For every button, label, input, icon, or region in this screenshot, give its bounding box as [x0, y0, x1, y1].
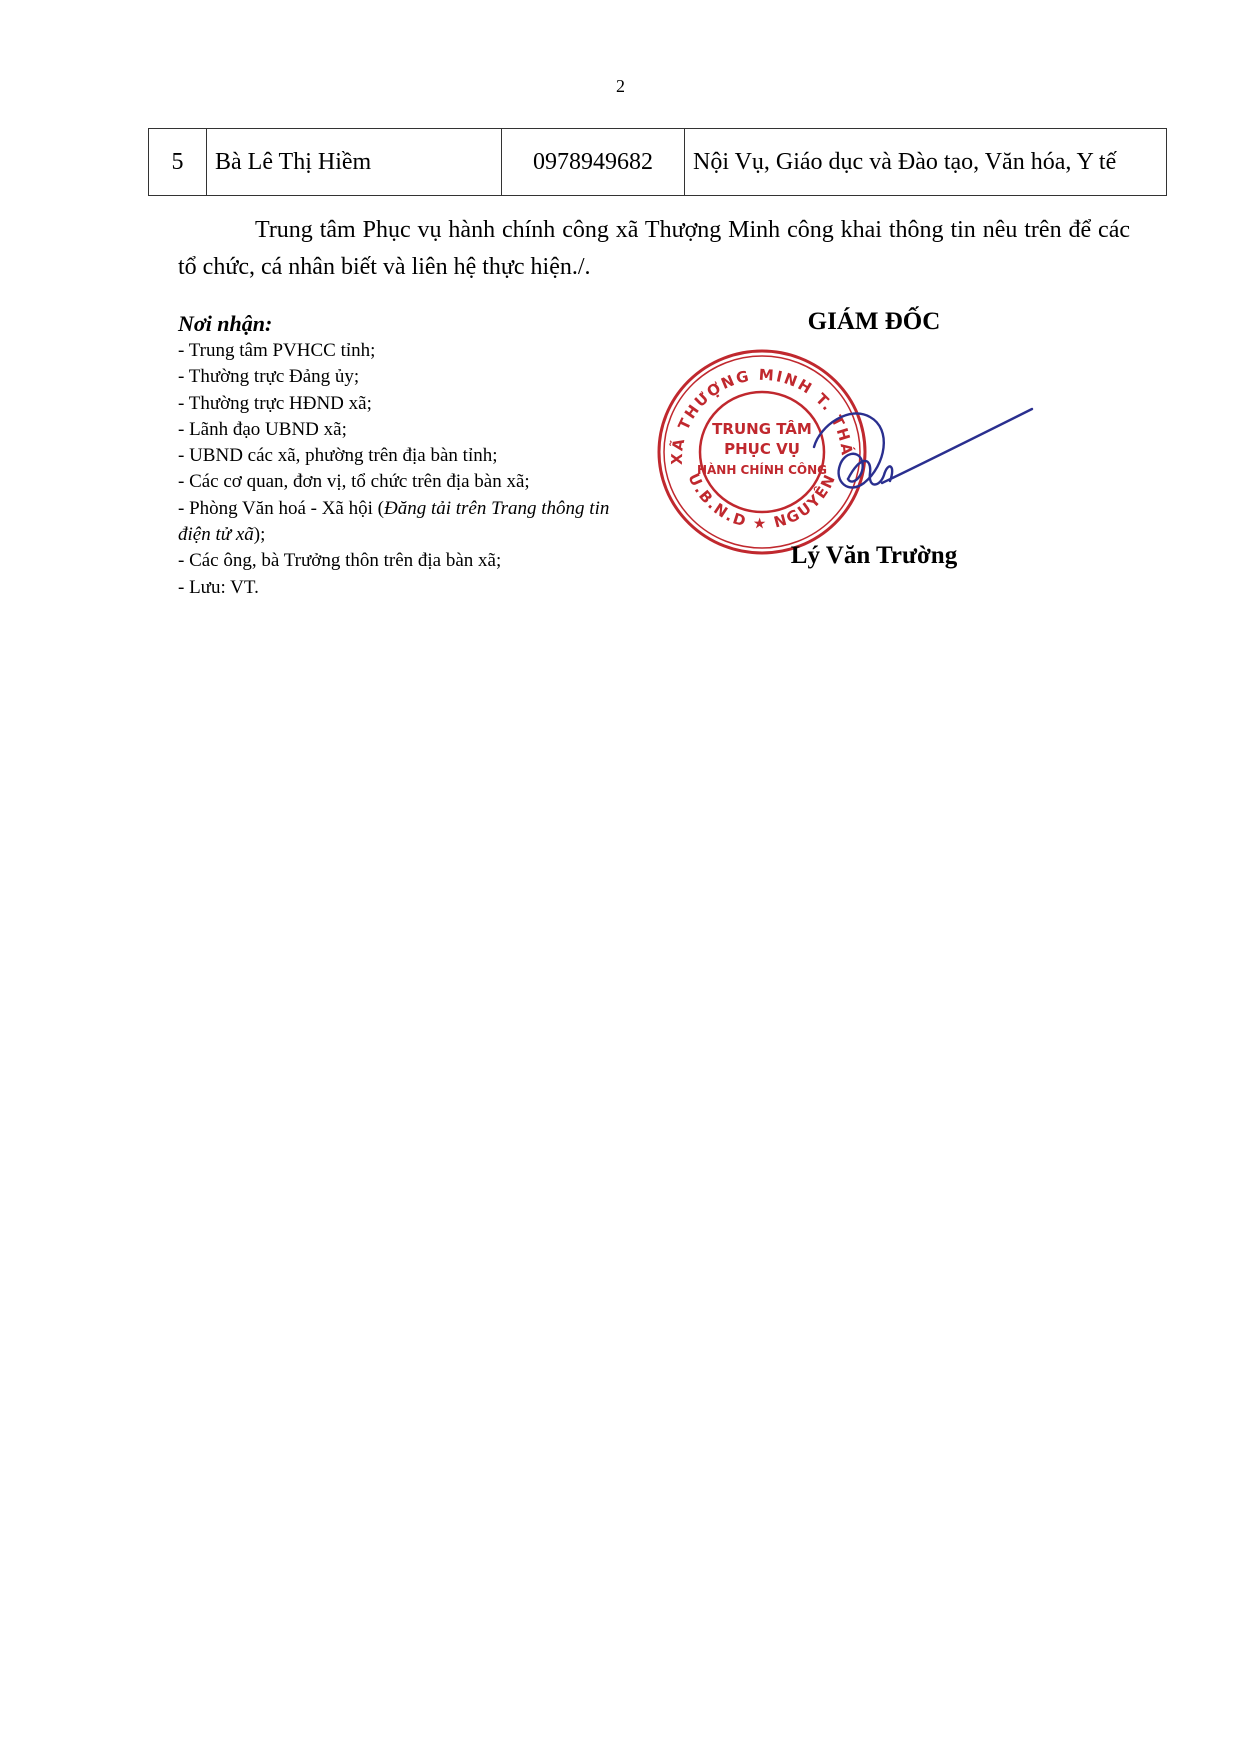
body-paragraph: Trung tâm Phục vụ hành chính công xã Thư…: [178, 212, 1130, 286]
recipient-item-culture: - Phòng Văn hoá - Xã hội (Đăng tải trên …: [178, 496, 638, 549]
recipient-item: - Lãnh đạo UBND xã;: [178, 417, 638, 443]
row-phone: 0978949682: [502, 129, 685, 196]
row-name: Bà Lê Thị Hiềm: [207, 129, 502, 196]
recipient-item: - Thường trực HĐND xã;: [178, 391, 638, 417]
contact-table: 5 Bà Lê Thị Hiềm 0978949682 Nội Vụ, Giáo…: [148, 128, 1167, 196]
body-paragraph-text: Trung tâm Phục vụ hành chính công xã Thư…: [178, 217, 1130, 280]
recipient-item: - Các ông, bà Trưởng thôn trên địa bàn x…: [178, 548, 638, 574]
signer-name: Lý Văn Trường: [754, 542, 994, 570]
svg-text:PHỤC VỤ: PHỤC VỤ: [724, 440, 800, 458]
recipient-item: - Lưu: VT.: [178, 575, 638, 601]
culture-prefix: - Phòng Văn hoá - Xã hội (: [178, 498, 384, 519]
recipients-title: Nơi nhận:: [178, 310, 638, 338]
handwritten-signature-icon: [800, 395, 1040, 505]
recipient-item: - UBND các xã, phường trên địa bàn tỉnh;: [178, 443, 638, 469]
svg-text:TRUNG TÂM: TRUNG TÂM: [712, 419, 812, 438]
signer-title: GIÁM ĐỐC: [774, 308, 974, 336]
row-index: 5: [149, 129, 207, 196]
table-row: 5 Bà Lê Thị Hiềm 0978949682 Nội Vụ, Giáo…: [149, 129, 1167, 196]
recipient-item: - Trung tâm PVHCC tỉnh;: [178, 338, 638, 364]
recipients-block: Nơi nhận: - Trung tâm PVHCC tỉnh; - Thườ…: [178, 310, 638, 601]
culture-suffix: );: [254, 524, 266, 545]
page-number: 2: [0, 76, 1241, 97]
recipient-item: - Thường trực Đảng ủy;: [178, 364, 638, 390]
row-fields: Nội Vụ, Giáo dục và Đào tạo, Văn hóa, Y …: [685, 129, 1167, 196]
recipient-item: - Các cơ quan, đơn vị, tổ chức trên địa …: [178, 469, 638, 495]
